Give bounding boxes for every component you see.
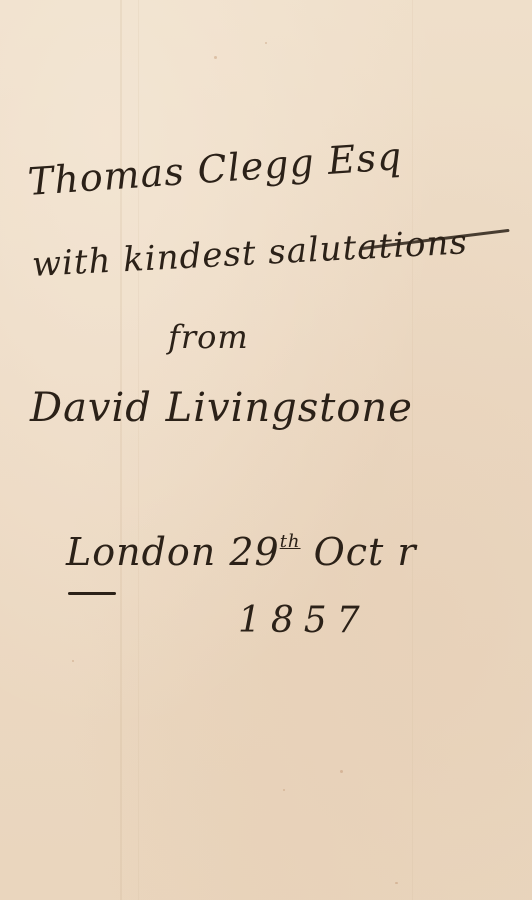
date-ordinal-superscript: th [280, 531, 301, 552]
month-text: Oct r [301, 530, 417, 574]
year-line: 1857 [238, 600, 370, 641]
l-flourish [68, 592, 116, 595]
paper-speck [72, 660, 74, 662]
paper-fold-line [120, 0, 122, 900]
place-date-line: London 29th Oct r [66, 530, 417, 574]
place-date-text: London 29 [66, 530, 280, 574]
signature-line: David Livingstone [30, 385, 413, 431]
paper-speck [340, 770, 343, 773]
paper-speck [265, 42, 267, 44]
paper-speck [395, 882, 398, 884]
salutation-line: with kindest salutations [31, 222, 469, 285]
from-line: from [168, 318, 249, 356]
paper-speck [214, 56, 217, 59]
inscription-page: Thomas Clegg Esq with kindest salutation… [0, 0, 532, 900]
paper-speck [283, 789, 285, 791]
paper-fold-line [412, 0, 413, 900]
recipient-line: Thomas Clegg Esq [26, 134, 403, 204]
paper-fold-line [138, 0, 139, 900]
